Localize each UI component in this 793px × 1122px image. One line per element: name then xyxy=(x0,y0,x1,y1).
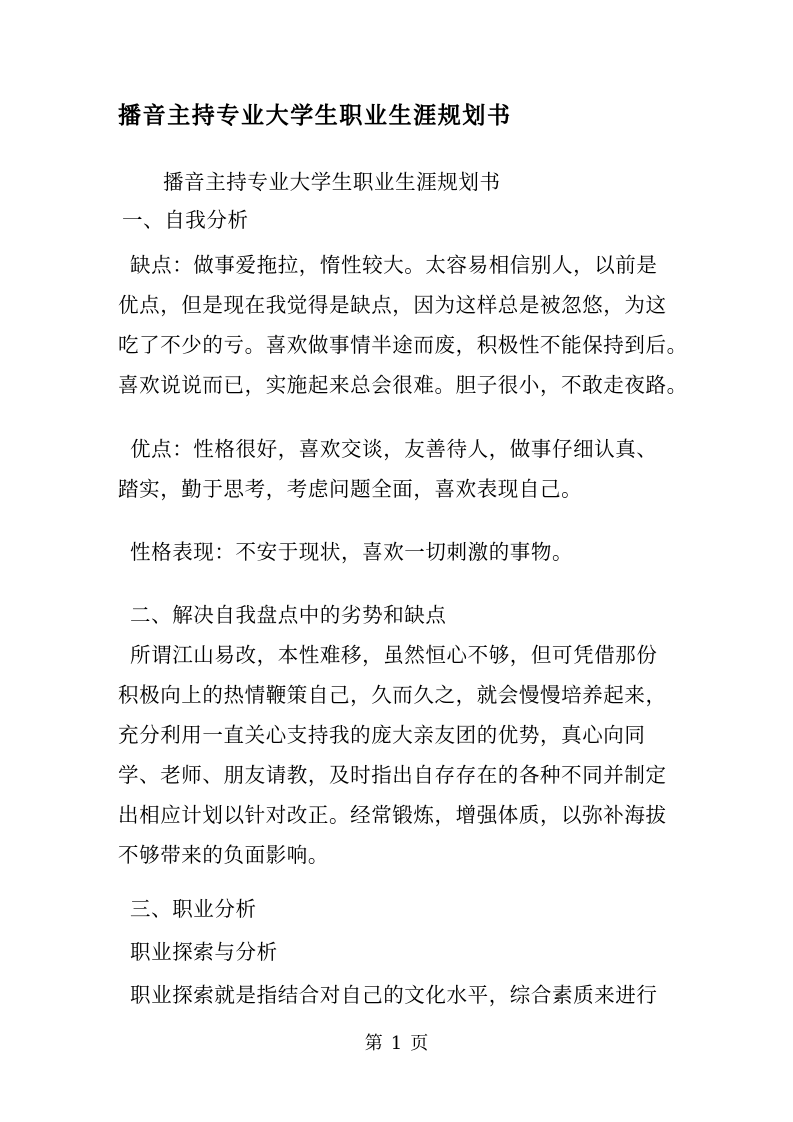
paragraph-line: 喜欢说说而已，实施起来总会很难。胆子很小，不敢走夜路。 xyxy=(118,373,688,397)
paragraph-line: 不够带来的负面影响。 xyxy=(118,843,329,867)
paragraph-line: 职业探索就是指结合对自己的文化水平，综合素质来进行 xyxy=(130,983,658,1007)
paragraph-line: 吃了不少的亏。喜欢做事情半途而废，积极性不能保持到后。 xyxy=(118,333,688,357)
paragraph-line: 出相应计划以针对改正。经常锻炼，增强体质，以弥补海拔 xyxy=(118,803,667,827)
section-heading-solutions: 二、解决自我盘点中的劣势和缺点 xyxy=(130,603,447,627)
paragraph-line: 优点：性格很好，喜欢交谈，友善待人，做事仔细认真、 xyxy=(130,437,658,461)
paragraph-line: 学、老师、朋友请教，及时指出自存存在的各种不同并制定 xyxy=(118,763,667,787)
paragraph-line: 充分利用一直关心支持我的庞大亲友团的优势，真心向同 xyxy=(118,723,646,747)
paragraph-line: 积极向上的热情鞭策自己，久而久之，就会慢慢培养起来， xyxy=(118,683,667,707)
document-subtitle: 播音主持专业大学生职业生涯规划书 xyxy=(163,170,501,194)
document-title: 播音主持专业大学生职业生涯规划书 xyxy=(118,102,512,130)
section-heading-career-analysis: 三、职业分析 xyxy=(130,897,257,921)
document-page: 播音主持专业大学生职业生涯规划书 播音主持专业大学生职业生涯规划书 一、自我分析… xyxy=(0,0,793,1122)
paragraph-line: 所谓江山易改，本性难移，虽然恒心不够，但可凭借那份 xyxy=(130,643,658,667)
page-number: 1 xyxy=(391,1033,402,1054)
paragraph-line: 优点，但是现在我觉得是缺点，因为这样总是被忽悠，为这 xyxy=(118,293,667,317)
page-label-prefix: 第 xyxy=(365,1033,383,1054)
paragraph-line: 踏实，勤于思考，考虑问题全面，喜欢表现自己。 xyxy=(118,477,582,501)
subsection-heading: 职业探索与分析 xyxy=(130,940,278,964)
paragraph-line: 性格表现：不安于现状，喜欢一切刺激的事物。 xyxy=(130,540,573,564)
page-footer: 第1页 xyxy=(0,1033,793,1055)
section-heading-self-analysis: 一、自我分析 xyxy=(122,208,249,232)
page-label-suffix: 页 xyxy=(410,1033,428,1054)
paragraph-line: 缺点：做事爱拖拉，惰性较大。太容易相信别人，以前是 xyxy=(130,253,658,277)
